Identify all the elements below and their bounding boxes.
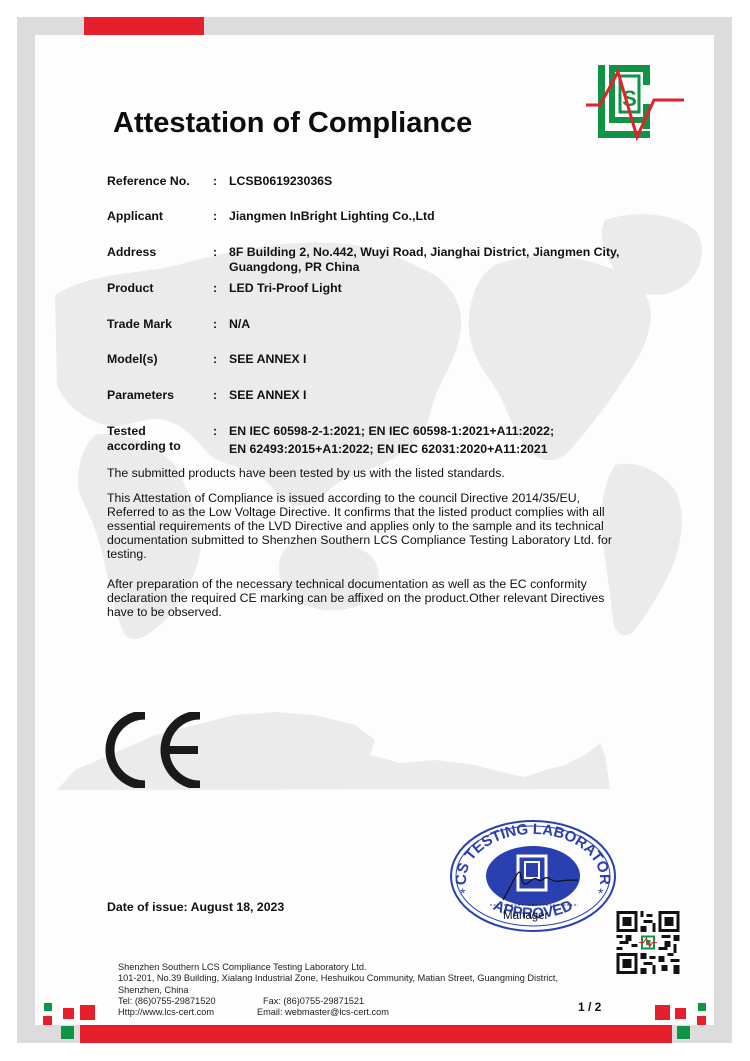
paragraph-line: This Attestation of Compliance is issued… <box>107 491 627 505</box>
decor-square-red <box>675 1008 686 1019</box>
decor-square-green <box>698 1003 706 1011</box>
field-label: Model(s) <box>107 352 207 367</box>
field-colon: : <box>213 174 217 189</box>
field-label: Product <box>107 281 207 296</box>
decor-square-green <box>61 1026 74 1039</box>
paragraph-line: After preparation of the necessary techn… <box>107 577 627 591</box>
field-label: Reference No. <box>107 174 207 189</box>
signer-title: Manager <box>503 910 548 922</box>
field-colon: : <box>213 424 217 439</box>
trade-mark-value: N/A <box>229 317 649 332</box>
field-colon: : <box>213 209 217 224</box>
svg-text:*: * <box>598 885 604 901</box>
footer-website-link[interactable]: Http://www.lcs-cert.com <box>118 1007 214 1017</box>
document-title: Attestation of Compliance <box>113 107 472 140</box>
paragraph-directive: This Attestation of Compliance is issued… <box>107 491 627 561</box>
reference-number: LCSB061923036S <box>229 174 649 189</box>
decor-square-green <box>44 1003 52 1011</box>
footer-address-line-1: 101-201, No.39 Building, Xialang Industr… <box>118 973 558 984</box>
decor-square-red <box>63 1008 74 1019</box>
standards-line-2: EN 62493:2015+A1:2022; EN IEC 62031:2020… <box>229 442 649 457</box>
lcs-logo-icon: S <box>584 60 692 148</box>
footer-address-line-2: Shenzhen, China <box>118 985 558 996</box>
qr-code-icon[interactable] <box>616 911 680 974</box>
field-colon: : <box>213 281 217 296</box>
field-label: Parameters <box>107 388 207 403</box>
standards-line-1: EN IEC 60598-2-1:2021; EN IEC 60598-1:20… <box>229 424 649 439</box>
footer-email-link[interactable]: Email: webmaster@lcs-cert.com <box>257 1007 389 1018</box>
field-label: Address <box>107 245 207 260</box>
top-red-accent-bar <box>84 17 204 35</box>
bottom-red-accent-bar <box>80 1025 672 1043</box>
paragraph-line: have to be observed. <box>107 605 627 619</box>
field-colon: : <box>213 352 217 367</box>
field-label: Applicant <box>107 209 207 224</box>
page-number: 1 / 2 <box>578 1000 601 1014</box>
address-line-1: 8F Building 2, No.442, Wuyi Road, Jiangh… <box>229 245 649 260</box>
footer-tel: Tel: (86)0755-29871520 <box>118 996 216 1006</box>
paragraph-line: documentation submitted to Shenzhen Sout… <box>107 533 627 547</box>
decor-square-red <box>80 1005 95 1020</box>
footer-fax: Fax: (86)0755-29871521 <box>263 996 364 1007</box>
field-colon: : <box>213 245 217 260</box>
paragraph-tested-statement: The submitted products have been tested … <box>107 466 627 480</box>
svg-text:*: * <box>460 885 466 901</box>
paragraph-line: The submitted products have been tested … <box>107 466 627 480</box>
date-of-issue: Date of issue: August 18, 2023 <box>107 900 284 914</box>
field-label-line-2: according to <box>107 439 207 454</box>
field-colon: : <box>213 317 217 332</box>
paragraph-line: testing. <box>107 547 627 561</box>
parameters-value: SEE ANNEX I <box>229 388 649 403</box>
paragraph-ce-marking: After preparation of the necessary techn… <box>107 577 627 619</box>
field-label: Trade Mark <box>107 317 207 332</box>
decor-square-red <box>43 1016 52 1025</box>
paragraph-line: Referred to as the Low Voltage Directive… <box>107 505 627 519</box>
footer-company: Shenzhen Southern LCS Compliance Testing… <box>118 962 558 973</box>
decor-square-green <box>677 1026 690 1039</box>
product-name: LED Tri-Proof Light <box>229 281 649 296</box>
ce-mark-icon <box>100 712 210 788</box>
decor-square-red <box>697 1016 706 1025</box>
field-label: Tested <box>107 424 207 439</box>
address-line-2: Guangdong, PR China <box>229 260 649 275</box>
footer-contact-block: Shenzhen Southern LCS Compliance Testing… <box>118 962 558 1018</box>
paragraph-line: essential requirements of the LVD Direct… <box>107 519 627 533</box>
models-value: SEE ANNEX I <box>229 352 649 367</box>
applicant-name: Jiangmen InBright Lighting Co.,Ltd <box>229 209 649 224</box>
decor-square-red <box>655 1005 670 1020</box>
field-colon: : <box>213 388 217 403</box>
paragraph-line: declaration the required CE marking can … <box>107 591 627 605</box>
